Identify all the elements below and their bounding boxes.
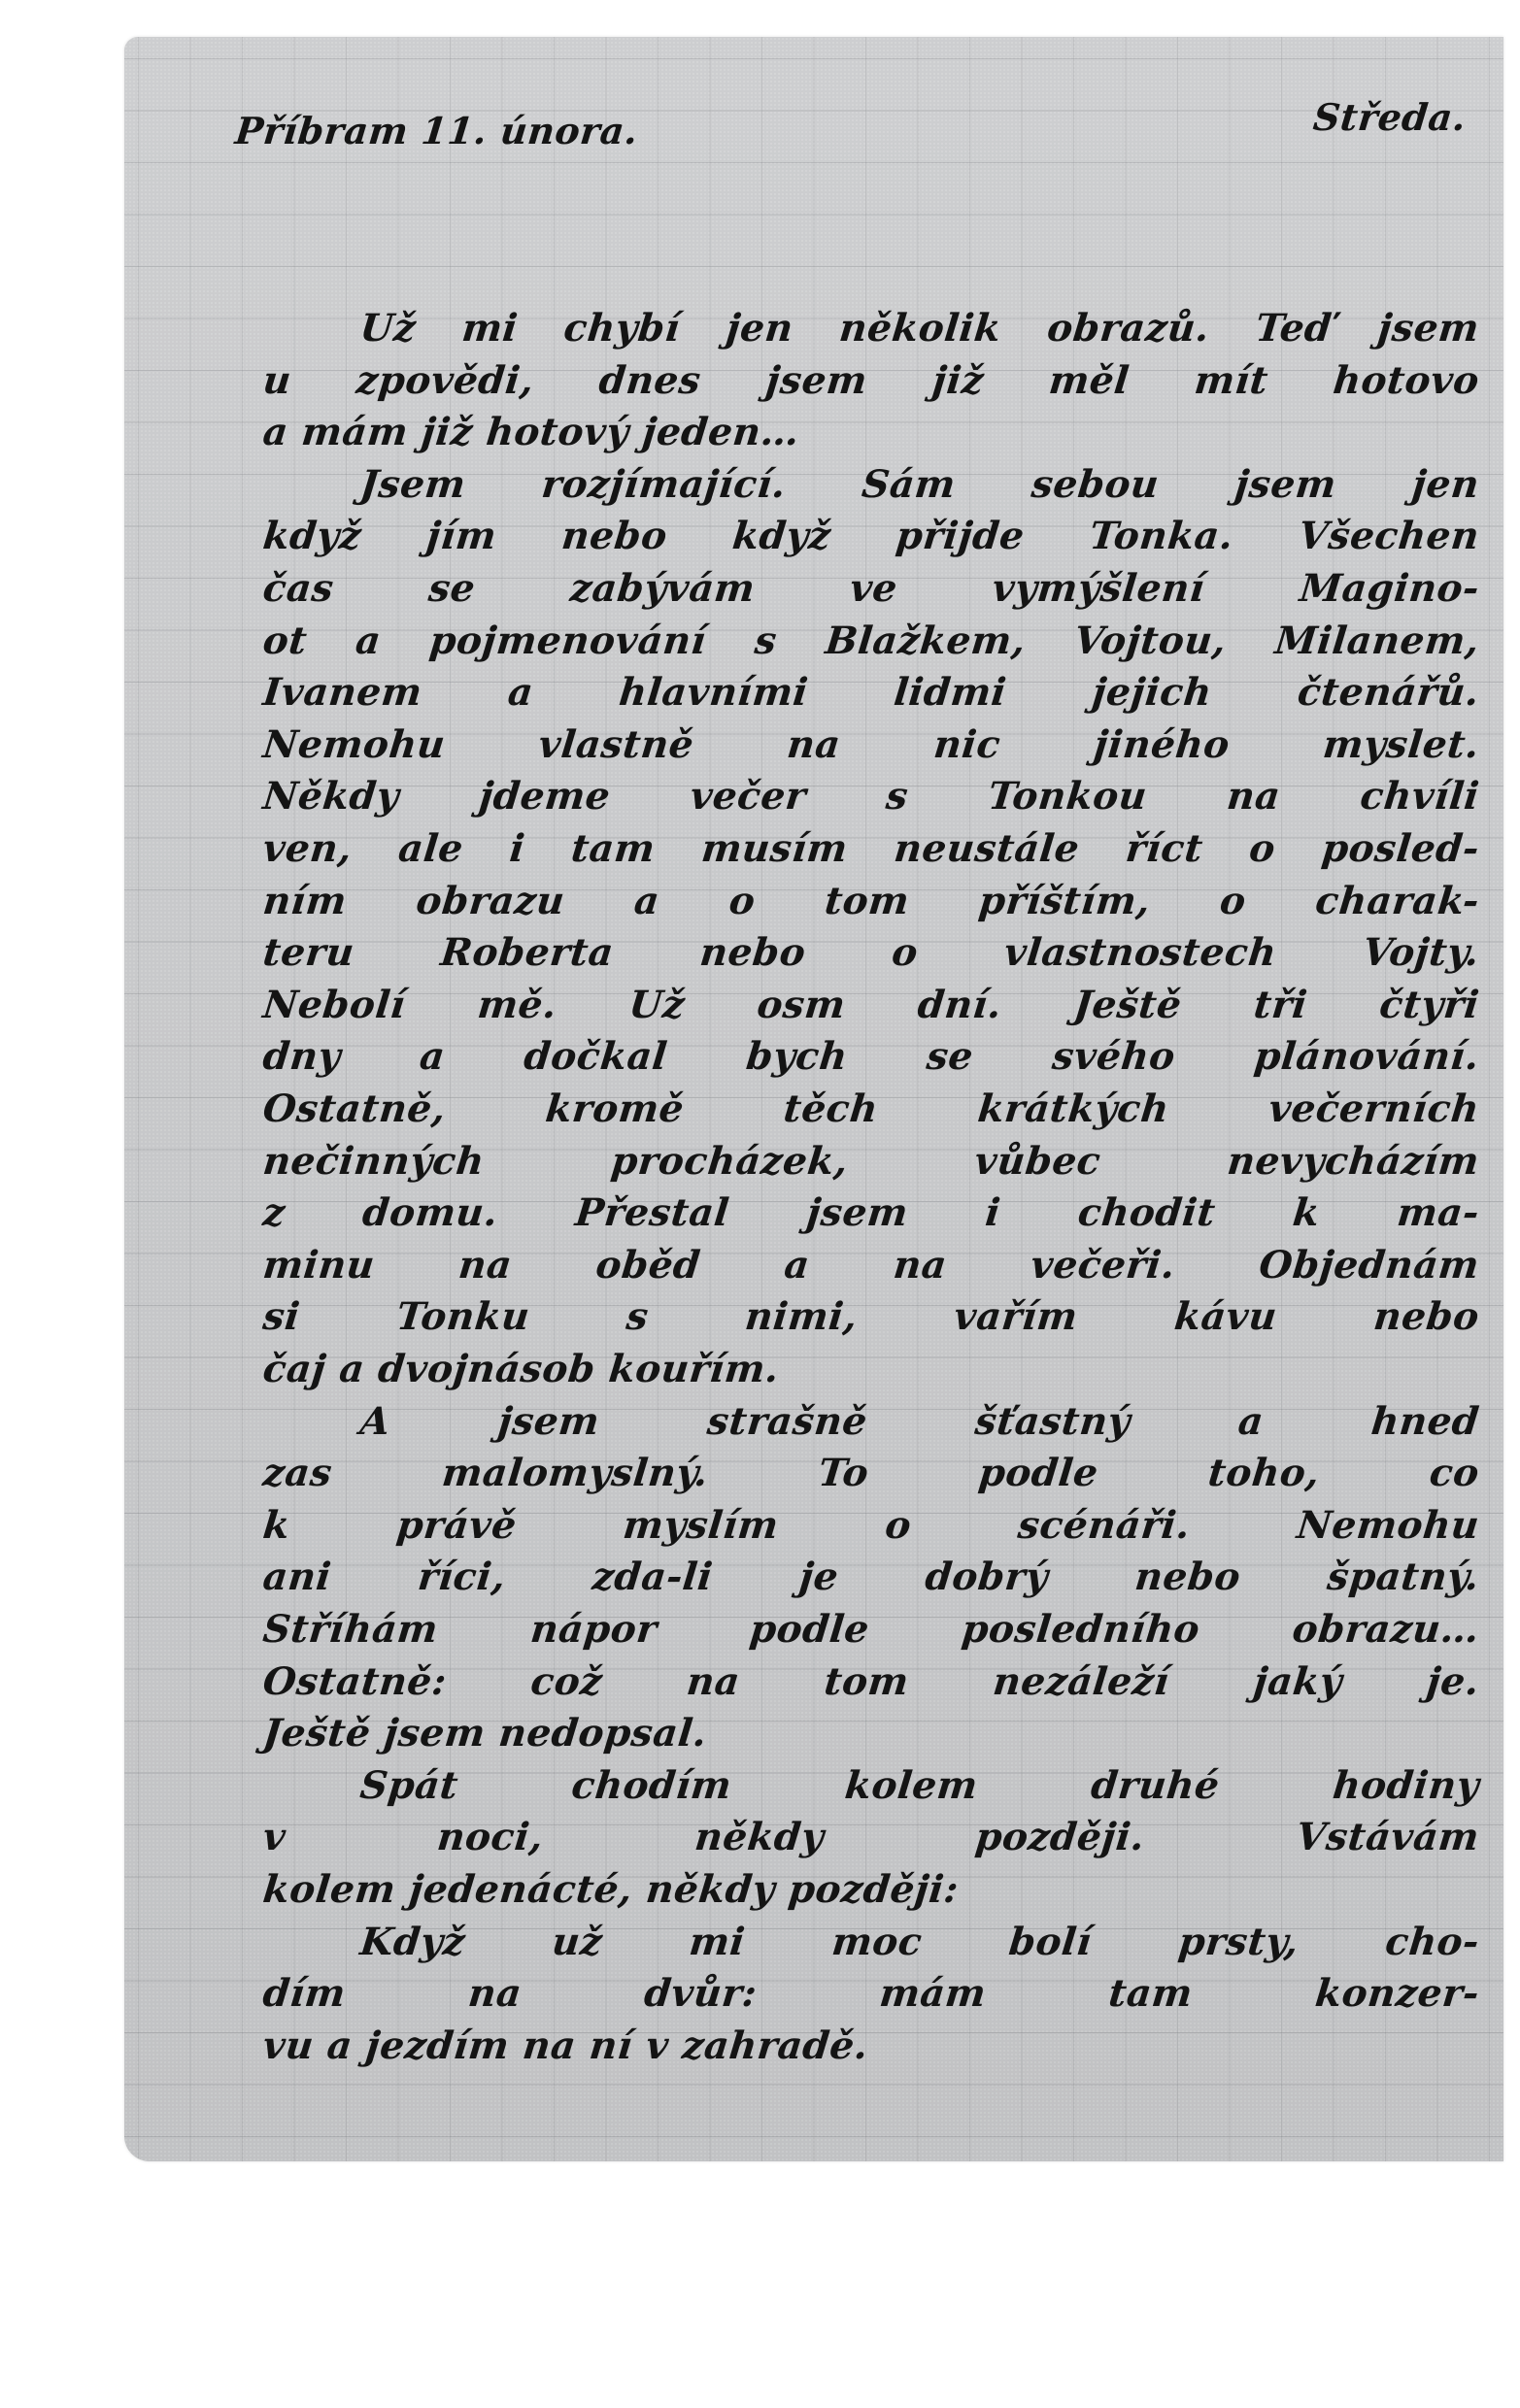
letter-line: dny a dočkal bych se svého plánování. xyxy=(260,1029,1482,1084)
letter-line: ot a pojmenování s Blažkem, Vojtou, Mila… xyxy=(260,614,1482,668)
letter-line: u zpovědi, dnes jsem již měl mít hotovo xyxy=(260,353,1482,408)
letter-line: teru Roberta nebo o vlastnostech Vojty. xyxy=(260,925,1482,980)
letter-line: v noci, někdy později. Vstávám xyxy=(260,1810,1482,1864)
letter-line: Spát chodím kolem druhé hodiny xyxy=(357,1758,1482,1813)
letter-line: k právě myslím o scénáři. Nemohu xyxy=(260,1498,1482,1553)
letter-line: ním obrazu a o tom příštím, o charak- xyxy=(260,874,1482,928)
letter-line: Ostatně, kromě těch krátkých večerních xyxy=(260,1082,1482,1136)
letter-line: Jsem rozjímající. Sám sebou jsem jen xyxy=(357,457,1482,512)
letter-body: Už mi chybí jen několik obrazů. Teď jsem… xyxy=(0,0,1520,2408)
letter-line: Někdy jdeme večer s Tonkou na chvíli xyxy=(260,769,1482,823)
letter-line: minu na oběd a na večeři. Objednám xyxy=(260,1238,1482,1292)
letter-line: Už mi chybí jen několik obrazů. Teď jsem xyxy=(357,301,1482,355)
letter-line: zas malomyslný. To podle toho, co xyxy=(260,1446,1482,1500)
letter-line: kolem jedenácté, někdy později: xyxy=(260,1862,1482,1917)
letter-line: a mám již hotový jeden… xyxy=(260,405,1482,459)
letter-line: vu a jezdím na ní v zahradě. xyxy=(260,2019,1482,2073)
letter-line: dím na dvůr: mám tam konzer- xyxy=(260,1966,1482,2021)
letter-line: ani říci, zda-li je dobrý nebo špatný. xyxy=(260,1550,1482,1604)
letter-line: Ještě jsem nedopsal. xyxy=(260,1706,1482,1760)
letter-line: Ivanem a hlavními lidmi jejich čtenářů. xyxy=(260,665,1482,719)
letter-line: Když už mi moc bolí prsty, cho- xyxy=(357,1915,1482,1969)
letter-line: když jím nebo když přijde Tonka. Všechen xyxy=(260,509,1482,563)
letter-line: si Tonku s nimi, vařím kávu nebo xyxy=(260,1289,1482,1344)
letter-line: Nebolí mě. Už osm dní. Ještě tři čtyři xyxy=(260,978,1482,1032)
letter-line: z domu. Přestal jsem i chodit k ma- xyxy=(260,1186,1482,1240)
letter-line: A jsem strašně šťastný a hned xyxy=(357,1394,1482,1449)
letter-line: ven, ale i tam musím neustále říct o pos… xyxy=(260,821,1482,876)
letter-line: čas se zabývám ve vymýšlení Magino- xyxy=(260,561,1482,616)
letter-line: Ostatně: což na tom nezáleží jaký je. xyxy=(260,1655,1482,1709)
letter-line: nečinných procházek, vůbec nevycházím xyxy=(260,1134,1482,1188)
letter-line: Nemohu vlastně na nic jiného myslet. xyxy=(260,718,1482,772)
letter-line: Stříhám nápor podle posledního obrazu… xyxy=(260,1602,1482,1656)
letter-line: čaj a dvojnásob kouřím. xyxy=(260,1342,1482,1396)
